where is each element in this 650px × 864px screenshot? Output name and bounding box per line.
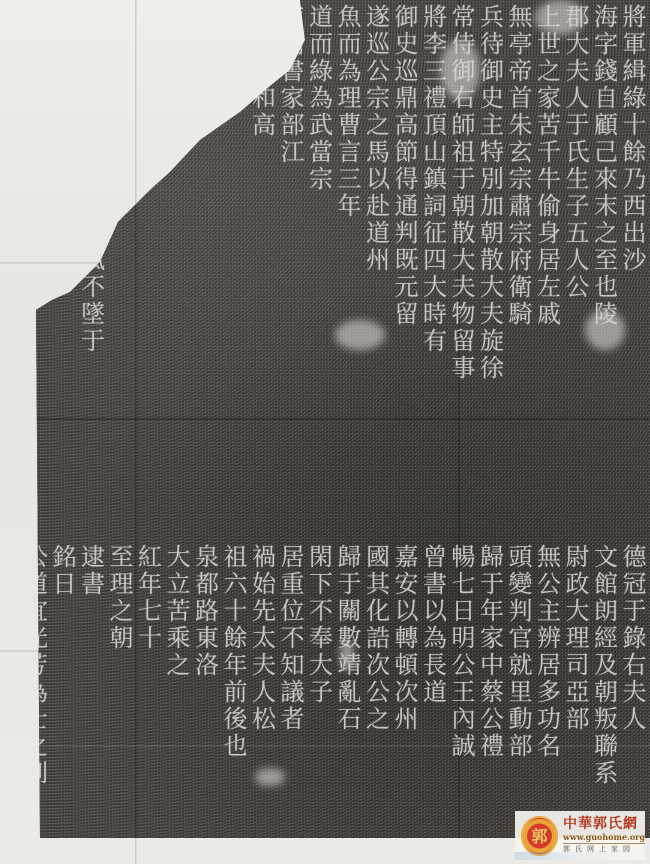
seal-logo-icon: 郭: [521, 816, 558, 856]
inscription-column: 國其化誥次公之: [361, 540, 390, 838]
inscription-column: 泉都路東洛: [190, 540, 219, 838]
site-watermark: 郭 中華郭氏網 www.guohome.org 郭氏网上家园: [515, 811, 645, 860]
inscription-column: 禍始先太夫人松: [247, 540, 276, 838]
inscription-column: 逮書: [76, 540, 105, 838]
inscription-column: 德冠于錄右夫人: [618, 540, 647, 838]
inscription-column: 曾書以為長道: [418, 540, 447, 838]
inscription-column: 無公主辨居多功名: [532, 540, 561, 838]
inscription-column: 銘日: [48, 540, 77, 838]
inscription-column: 尉政大理司亞部: [561, 540, 590, 838]
inscription-lower-columns: 德冠于錄右夫人 文館朗經及朝叛聯系 尉政大理司亞部 無公主辨居多功名 頭變判官就…: [19, 540, 646, 838]
inscription-column: 暢七日明公王內誠: [447, 540, 476, 838]
inscription-column: 至理之朝: [105, 540, 134, 838]
inscription-column: 紅年七十: [133, 540, 162, 838]
inscription-column: 大立苦乘之: [162, 540, 191, 838]
watermark-url: www.guohome.org: [563, 832, 645, 844]
inscription-column: 閑下不奉大子: [304, 540, 333, 838]
inscription-column: 祖六十餘年前後也: [219, 540, 248, 838]
inscription-column: 文館朗經及朝叛聯系: [589, 540, 618, 838]
inscription-column: 歸于關數靖亂石: [333, 540, 362, 838]
watermark-text: 中華郭氏網 www.guohome.org 郭氏网上家园: [563, 816, 645, 855]
watermark-title: 中華郭氏網: [563, 816, 645, 832]
inscription-column: 嘉安以轉頓次州: [390, 540, 419, 838]
wave-decoration: [515, 852, 645, 860]
inscription-column: 頭變判官就里動部: [504, 540, 533, 838]
inscription-column: 居重位不知議者: [276, 540, 305, 838]
inscription-column: 歸于年家中蔡公禮: [475, 540, 504, 838]
